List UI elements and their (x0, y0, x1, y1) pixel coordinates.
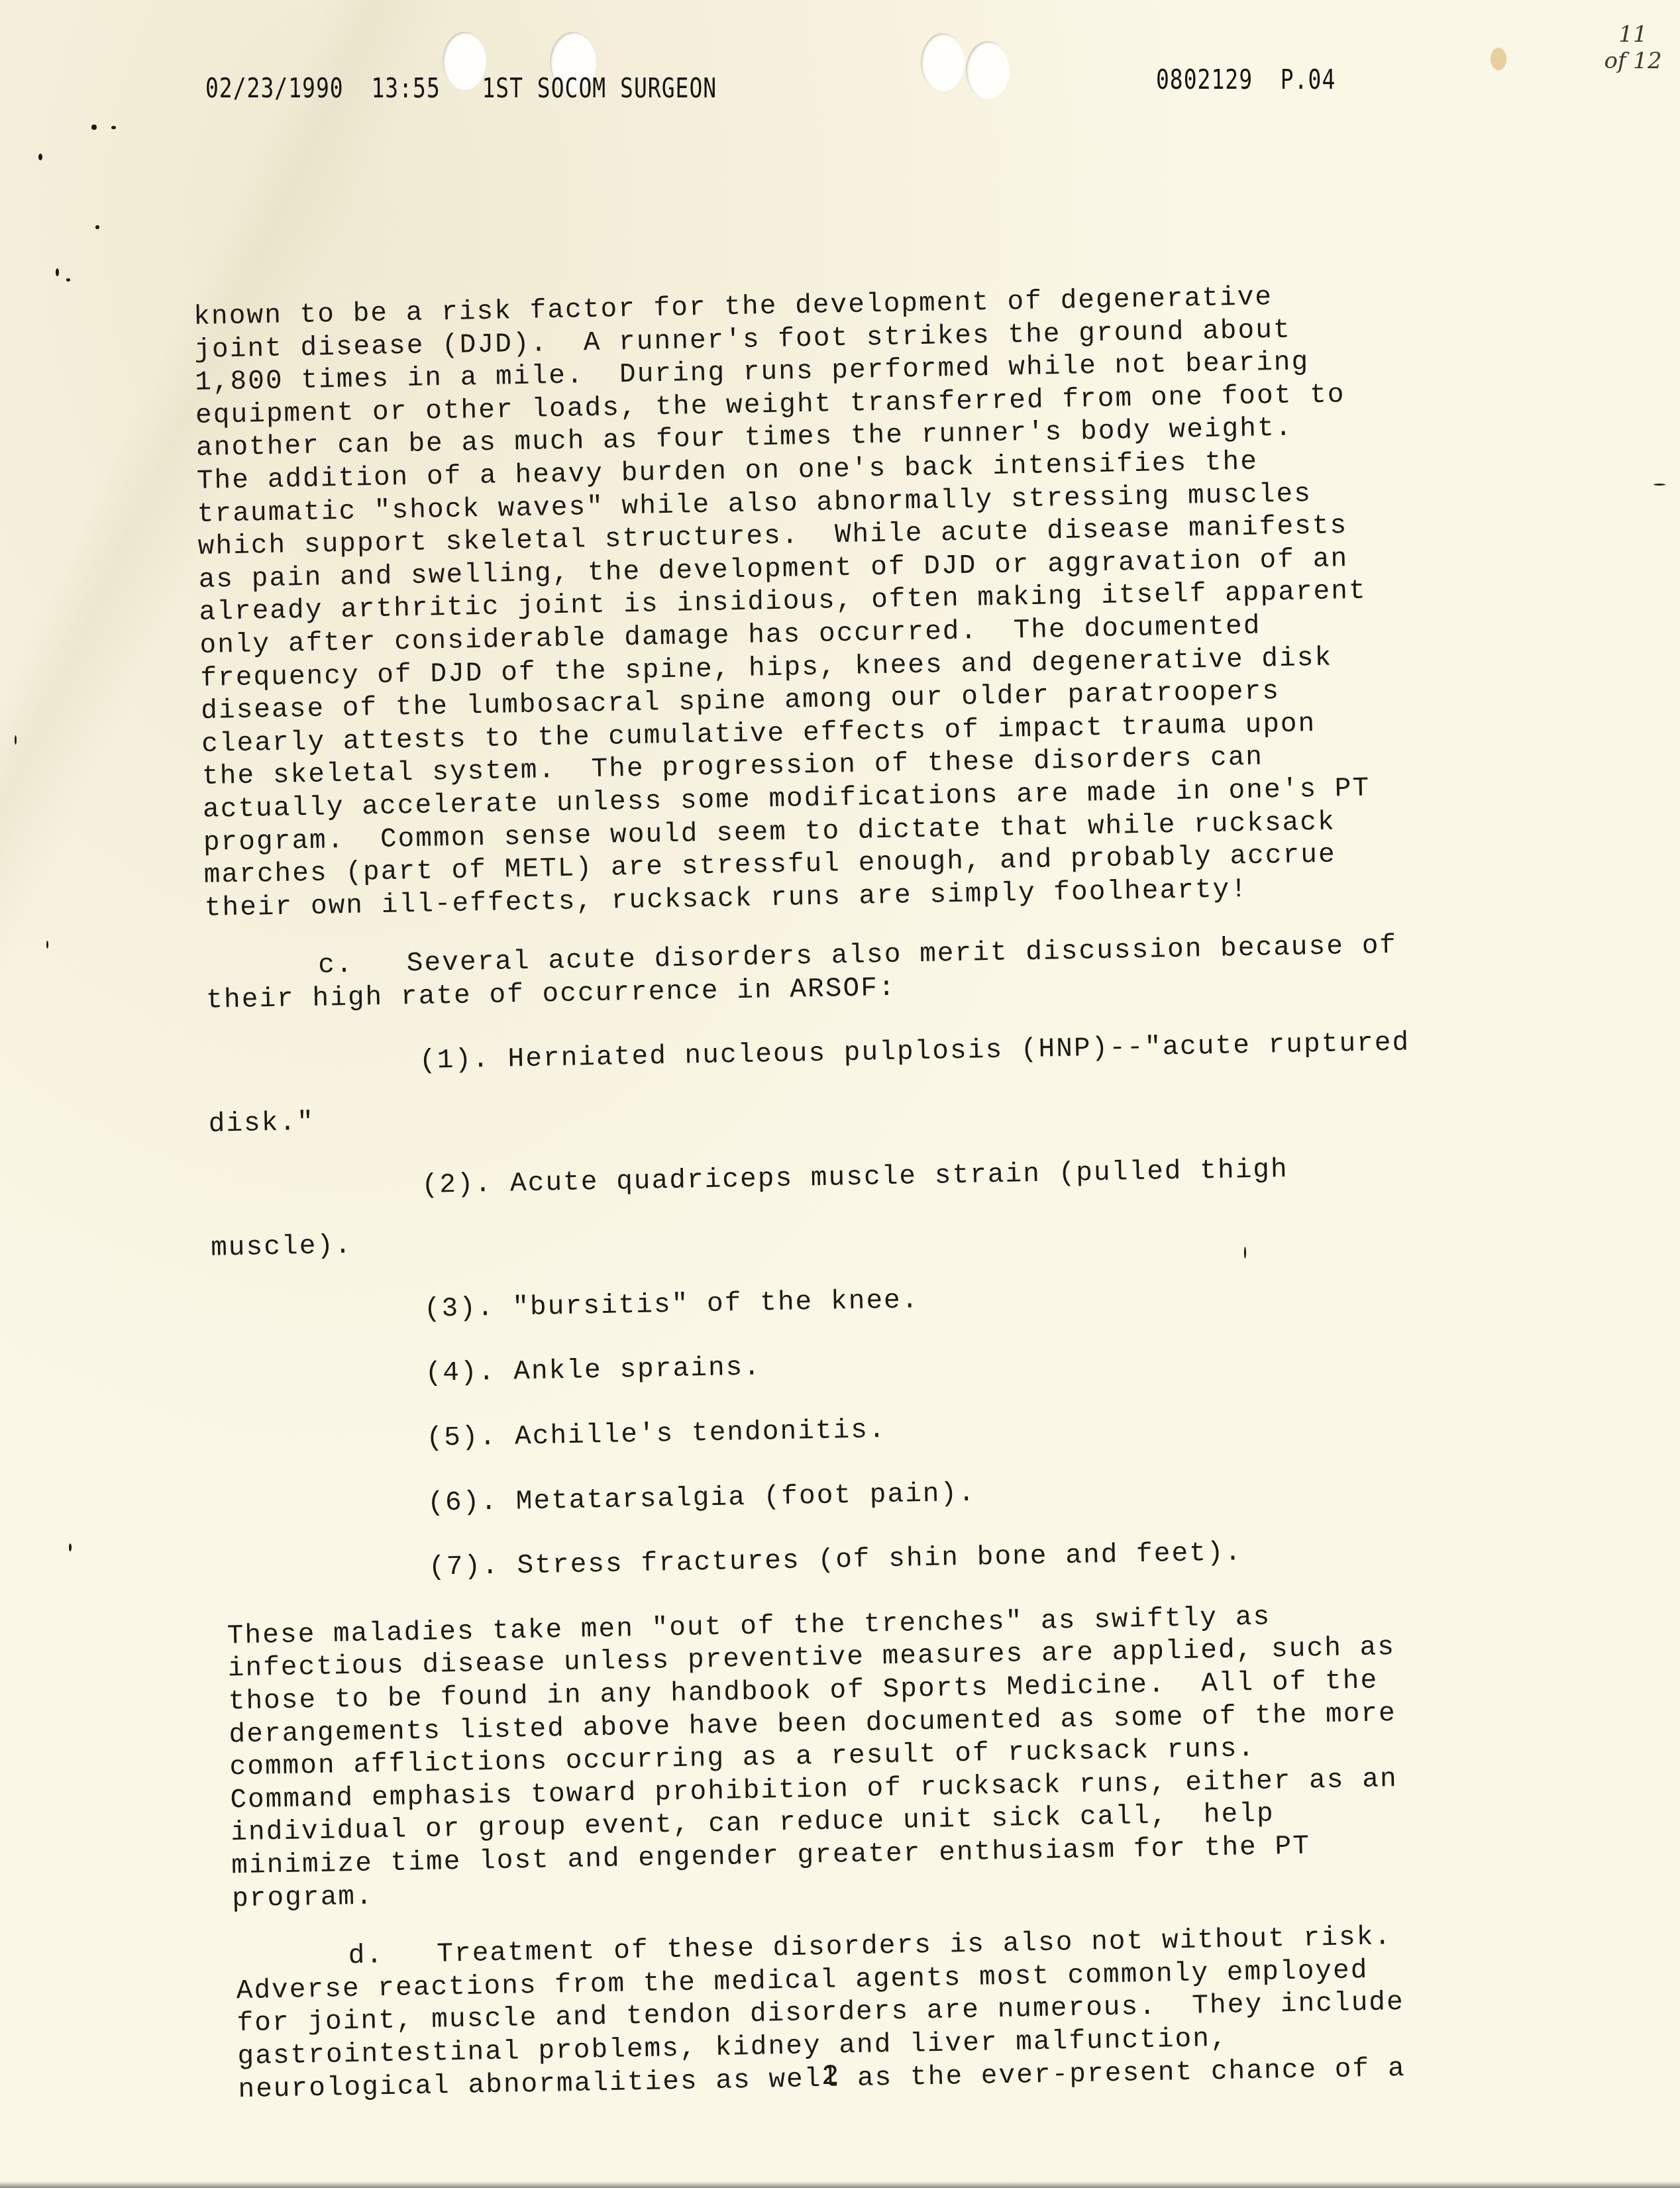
section-d-label: d. (348, 1940, 384, 1971)
paragraph-maladies: These maladies take men "out of the tren… (217, 1595, 1614, 1916)
list-number: (4). (425, 1357, 496, 1389)
scan-speck (56, 268, 59, 276)
scan-speck (91, 125, 97, 130)
fax-date: 02/23/1990 (205, 72, 344, 104)
list-number: (2). (421, 1169, 493, 1201)
paragraph-continuation: known to be a risk factor for the develo… (193, 276, 1596, 926)
handwritten-page-count: 11 of 12 (1603, 21, 1663, 74)
handwritten-page: 11 (1603, 21, 1663, 48)
scan-speck (111, 126, 116, 129)
scan-speck (66, 278, 70, 282)
page-number: 2 (821, 2060, 839, 2093)
disorders-list: (1). Herniated nucleous pulplosis (HNP)-… (207, 1024, 1608, 1589)
list-number: (5). (426, 1422, 498, 1454)
scan-speck (1654, 484, 1665, 486)
fax-header: 02/23/1990 13:55 1ST SOCOM SURGEON (205, 72, 717, 104)
fax-page: P.04 (1281, 63, 1336, 95)
handwritten-total: of 12 (1603, 48, 1663, 74)
fax-number: 0802129 (1156, 63, 1253, 95)
scan-speck (15, 735, 17, 745)
scan-speck (1244, 1247, 1246, 1259)
punch-hole (966, 41, 1010, 99)
fax-header-right: 0802129 P.04 (1156, 63, 1336, 95)
fax-sender: 1ST SOCOM SURGEON (482, 72, 717, 104)
fax-time: 13:55 (371, 72, 440, 104)
punch-hole (921, 33, 965, 91)
section-c-label: c. (318, 950, 354, 981)
scan-speck (38, 154, 42, 160)
list-number: (3). (424, 1293, 496, 1325)
list-number: (6). (427, 1487, 499, 1519)
stain-mark (1491, 48, 1506, 70)
section-d: d. Treatment of these disorders is also … (223, 1917, 1617, 2107)
scan-speck (69, 1543, 72, 1551)
list-number: (1). (419, 1045, 491, 1076)
scan-speck (46, 941, 48, 949)
scan-speck (95, 225, 99, 229)
list-number: (7). (429, 1551, 500, 1583)
page-bottom-edge (0, 2181, 1680, 2188)
document-body: known to be a risk factor for the develo… (193, 276, 1618, 2107)
